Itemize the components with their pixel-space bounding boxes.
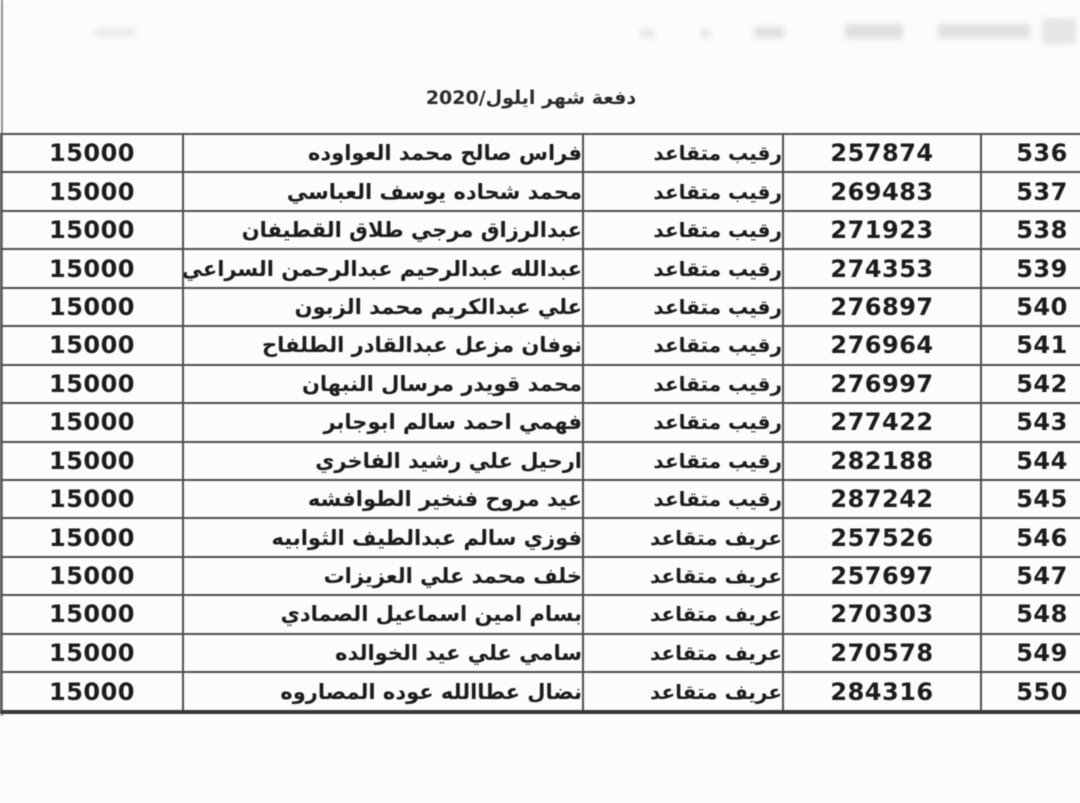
id-cell: 274353 <box>783 249 981 287</box>
amount-cell: 15000 <box>1 595 183 633</box>
rank-cell: رقيب متقاعد <box>583 326 783 364</box>
id-cell: 257874 <box>783 134 981 172</box>
id-cell: 287242 <box>783 480 981 518</box>
rank-cell: رقيب متقاعد <box>583 442 783 480</box>
seq-cell: 539 <box>981 249 1080 287</box>
name-cell: فوزي سالم عبدالطيف الثوابيه <box>183 518 583 556</box>
seq-cell: 546 <box>981 518 1080 556</box>
id-cell: 282188 <box>783 442 981 480</box>
rank-cell: عريف متقاعد <box>583 634 783 672</box>
amount-cell: 15000 <box>1 518 183 556</box>
table-row: 15000عيد مروح فنخير الطوافشهرقيب متقاعد2… <box>1 480 1080 518</box>
seq-cell: 550 <box>981 672 1080 712</box>
name-cell: نوفان مزعل عبدالقادر الطلفاح <box>183 326 583 364</box>
rank-cell: عريف متقاعد <box>583 672 783 712</box>
table-row: 15000فراس صالح محمد العواودهرقيب متقاعد2… <box>1 134 1080 172</box>
table-row: 15000محمد قويدر مرسال النبهانرقيب متقاعد… <box>1 365 1080 403</box>
id-cell: 277422 <box>783 403 981 441</box>
amount-cell: 15000 <box>1 288 183 326</box>
table-row: 15000بسام امين اسماعيل الصماديعريف متقاع… <box>1 595 1080 633</box>
name-cell: عبدالله عبدالرحيم عبدالرحمن السراعي <box>183 249 583 287</box>
scan-smudge <box>95 28 135 37</box>
amount-cell: 15000 <box>1 249 183 287</box>
seq-cell: 549 <box>981 634 1080 672</box>
rank-cell: رقيب متقاعد <box>583 249 783 287</box>
table-row: 15000سامي علي عيد الخوالدهعريف متقاعد270… <box>1 634 1080 672</box>
table-row: 15000محمد شحاده يوسف العباسيرقيب متقاعد2… <box>1 172 1080 210</box>
seq-cell: 536 <box>981 134 1080 172</box>
rank-cell: رقيب متقاعد <box>583 403 783 441</box>
rank-cell: رقيب متقاعد <box>583 288 783 326</box>
id-cell: 269483 <box>783 172 981 210</box>
id-cell: 276997 <box>783 365 981 403</box>
name-cell: خلف محمد علي العزيزات <box>183 557 583 595</box>
table-row: 15000نوفان مزعل عبدالقادر الطلفاحرقيب مت… <box>1 326 1080 364</box>
amount-cell: 15000 <box>1 365 183 403</box>
name-cell: محمد قويدر مرسال النبهان <box>183 365 583 403</box>
amount-cell: 15000 <box>1 134 183 172</box>
rank-cell: رقيب متقاعد <box>583 134 783 172</box>
name-cell: عبدالرزاق مرجي طلاق القطيفان <box>183 211 583 249</box>
name-cell: سامي علي عيد الخوالده <box>183 634 583 672</box>
amount-cell: 15000 <box>1 672 183 712</box>
table-row: 15000فهمي احمد سالم ابوجابررقيب متقاعد27… <box>1 403 1080 441</box>
seq-cell: 543 <box>981 403 1080 441</box>
seq-cell: 538 <box>981 211 1080 249</box>
payments-table-body: 15000فراس صالح محمد العواودهرقيب متقاعد2… <box>1 134 1080 712</box>
id-cell: 270303 <box>783 595 981 633</box>
name-cell: ارحيل علي رشيد الفاخري <box>183 442 583 480</box>
table-row: 15000فوزي سالم عبدالطيف الثوابيهعريف متق… <box>1 518 1080 556</box>
amount-cell: 15000 <box>1 634 183 672</box>
seq-cell: 537 <box>981 172 1080 210</box>
table-row: 15000عبدالله عبدالرحيم عبدالرحمن السراعي… <box>1 249 1080 287</box>
name-cell: محمد شحاده يوسف العباسي <box>183 172 583 210</box>
id-cell: 284316 <box>783 672 981 712</box>
table-row: 15000خلف محمد علي العزيزاتعريف متقاعد257… <box>1 557 1080 595</box>
seq-cell: 541 <box>981 326 1080 364</box>
name-cell: علي عبدالكريم محمد الزبون <box>183 288 583 326</box>
seq-cell: 540 <box>981 288 1080 326</box>
payments-table: 15000فراس صالح محمد العواودهرقيب متقاعد2… <box>0 133 1080 714</box>
rank-cell: رقيب متقاعد <box>583 480 783 518</box>
rank-cell: رقيب متقاعد <box>583 172 783 210</box>
id-cell: 270578 <box>783 634 981 672</box>
name-cell: بسام امين اسماعيل الصمادي <box>183 595 583 633</box>
name-cell: فراس صالح محمد العواوده <box>183 134 583 172</box>
name-cell: فهمي احمد سالم ابوجابر <box>183 403 583 441</box>
amount-cell: 15000 <box>1 557 183 595</box>
amount-cell: 15000 <box>1 211 183 249</box>
document-title: دفعة شهر ايلول/2020 <box>0 87 1062 109</box>
seq-cell: 547 <box>981 557 1080 595</box>
table-row: 15000ارحيل علي رشيد الفاخريرقيب متقاعد28… <box>1 442 1080 480</box>
rank-cell: رقيب متقاعد <box>583 365 783 403</box>
amount-cell: 15000 <box>1 326 183 364</box>
scanned-document: دفعة شهر ايلول/2020 15000فراس صالح محمد … <box>0 0 1080 803</box>
amount-cell: 15000 <box>1 480 183 518</box>
id-cell: 276897 <box>783 288 981 326</box>
seq-cell: 548 <box>981 595 1080 633</box>
table-row: 15000نضال عطاالله عوده المصاروهعريف متقا… <box>1 672 1080 712</box>
amount-cell: 15000 <box>1 403 183 441</box>
id-cell: 257697 <box>783 557 981 595</box>
rank-cell: عريف متقاعد <box>583 557 783 595</box>
name-cell: عيد مروح فنخير الطوافشه <box>183 480 583 518</box>
id-cell: 276964 <box>783 326 981 364</box>
scan-smudge <box>938 24 1030 38</box>
amount-cell: 15000 <box>1 172 183 210</box>
id-cell: 271923 <box>783 211 981 249</box>
scan-smudge <box>1042 18 1076 44</box>
rank-cell: عريف متقاعد <box>583 595 783 633</box>
rank-cell: رقيب متقاعد <box>583 211 783 249</box>
seq-cell: 542 <box>981 365 1080 403</box>
seq-cell: 545 <box>981 480 1080 518</box>
scan-smudge <box>640 29 655 38</box>
scan-smudge <box>754 27 784 38</box>
table-row: 15000عبدالرزاق مرجي طلاق القطيفانرقيب مت… <box>1 211 1080 249</box>
amount-cell: 15000 <box>1 442 183 480</box>
name-cell: نضال عطاالله عوده المصاروه <box>183 672 583 712</box>
seq-cell: 544 <box>981 442 1080 480</box>
scan-smudge <box>700 29 711 38</box>
table-row: 15000علي عبدالكريم محمد الزبونرقيب متقاع… <box>1 288 1080 326</box>
scan-smudge <box>845 24 903 39</box>
rank-cell: عريف متقاعد <box>583 518 783 556</box>
id-cell: 257526 <box>783 518 981 556</box>
